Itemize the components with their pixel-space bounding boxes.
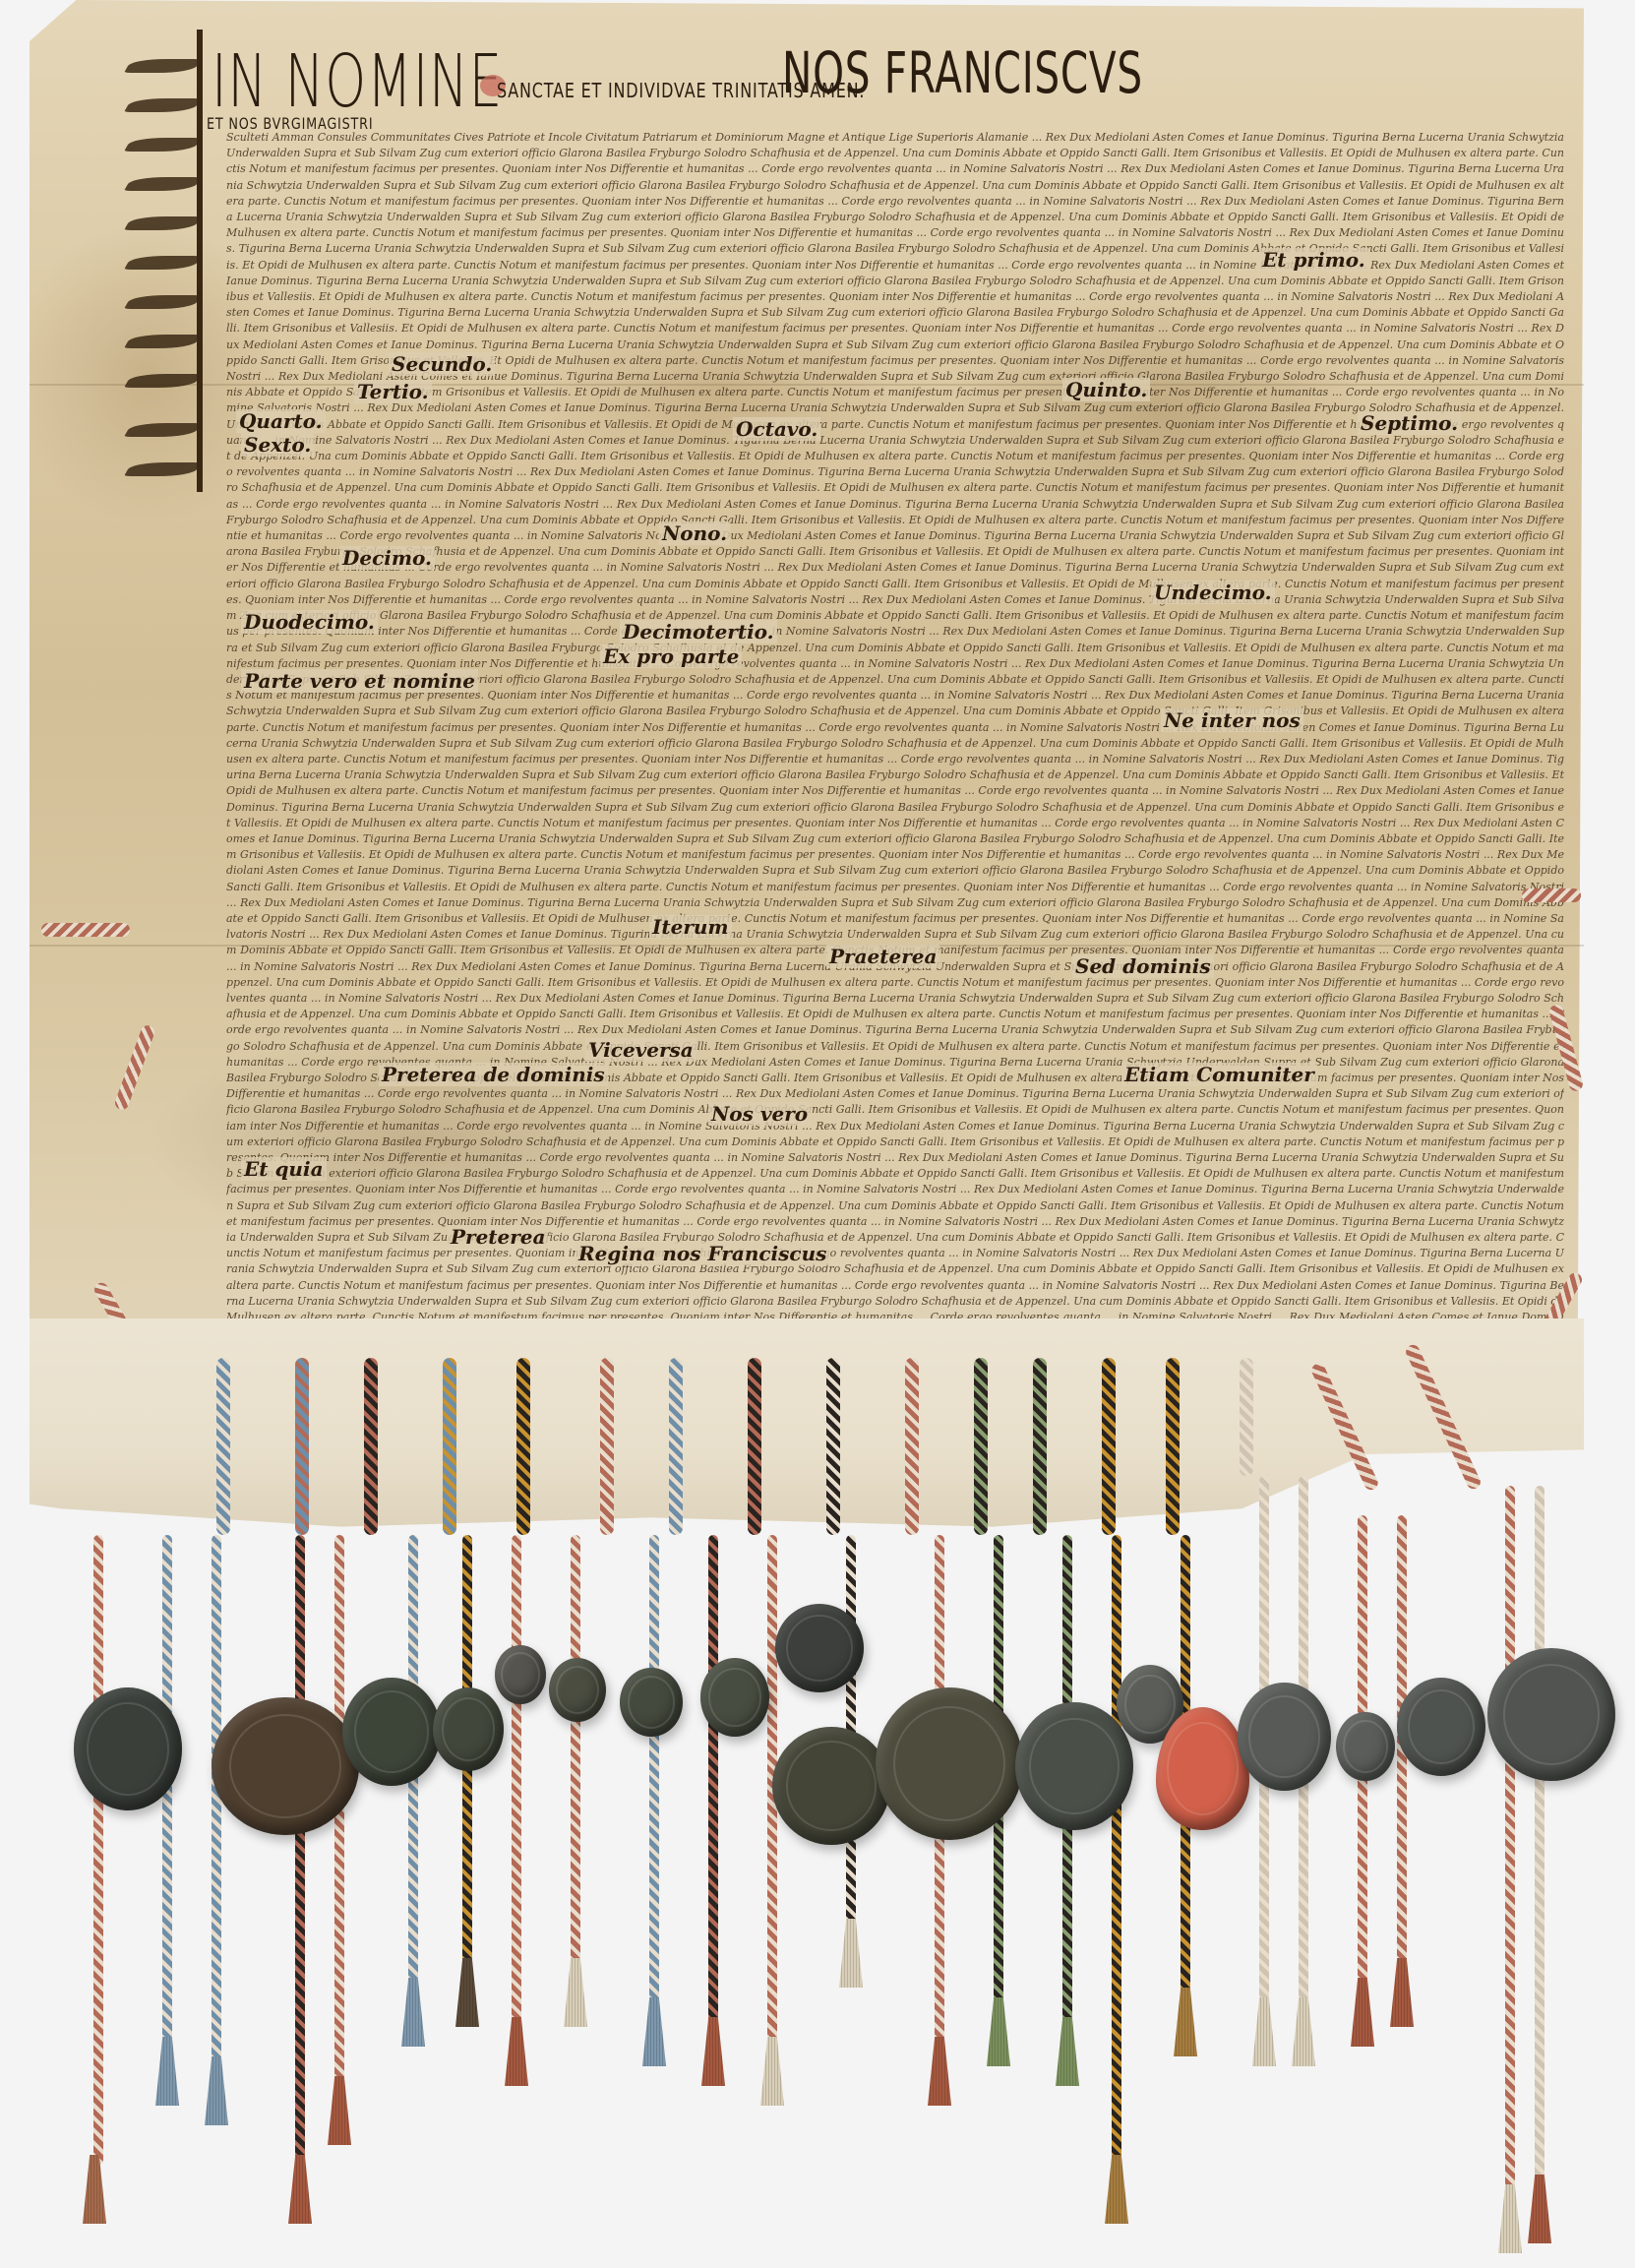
cord-tassel bbox=[760, 2037, 784, 2106]
wax-seal-9 bbox=[775, 1604, 864, 1692]
charter-body-text: Sculteti Amman Consules Communitates Civ… bbox=[226, 130, 1564, 1320]
issuer-heading: NOS FRANCISCVS bbox=[782, 39, 1143, 106]
hanging-cord bbox=[1505, 1486, 1515, 2234]
invocation-heading: IN NOMINE bbox=[212, 39, 503, 124]
wax-seal-10 bbox=[772, 1727, 890, 1845]
hanging-cord bbox=[649, 1535, 659, 2007]
initial-flourish bbox=[124, 295, 201, 309]
wax-seal-4 bbox=[433, 1687, 504, 1771]
cord-tassel bbox=[1174, 1988, 1197, 2056]
wax-seal-5 bbox=[495, 1645, 546, 1704]
cord-tassel bbox=[987, 1997, 1010, 2066]
section-marker: Octavo. bbox=[733, 417, 820, 441]
cord-tassel bbox=[1252, 1997, 1276, 2066]
seal-cord bbox=[216, 1358, 230, 1535]
initial-flourish bbox=[124, 256, 201, 270]
cord-tassel bbox=[1498, 2184, 1522, 2253]
section-marker: Ex pro parte bbox=[600, 644, 742, 668]
cord-tassel bbox=[1105, 2155, 1128, 2224]
initial-flourish bbox=[124, 98, 201, 112]
section-marker: Nono. bbox=[659, 521, 730, 545]
cord-tassel bbox=[928, 2037, 951, 2106]
seal-cord bbox=[748, 1358, 761, 1535]
wax-seal-16 bbox=[1336, 1712, 1395, 1781]
wax-seal-11 bbox=[876, 1687, 1023, 1840]
cord-tassel bbox=[1292, 1997, 1315, 2066]
hanging-cord bbox=[93, 1535, 103, 2165]
section-marker: Regina nos Franciscus bbox=[575, 1242, 829, 1265]
seal-cord bbox=[516, 1358, 530, 1535]
section-marker: Tertio. bbox=[354, 380, 432, 403]
cord-tassel bbox=[401, 1978, 425, 2047]
cord-tassel bbox=[83, 2155, 106, 2224]
section-marker: Preterea bbox=[448, 1225, 548, 1249]
cord-tassel bbox=[839, 1919, 863, 1988]
seal-cord bbox=[295, 1358, 309, 1535]
initial-flourish bbox=[124, 423, 201, 437]
hanging-cord bbox=[1112, 1535, 1121, 2165]
initial-flourish bbox=[124, 462, 201, 476]
wax-seal-1 bbox=[74, 1687, 182, 1810]
cord-tassel bbox=[1056, 2017, 1079, 2086]
wax-seal-15 bbox=[1238, 1683, 1331, 1791]
hanging-cord bbox=[1535, 1486, 1544, 2224]
wax-seal-3 bbox=[342, 1678, 441, 1786]
initial-flourish bbox=[124, 59, 201, 73]
seal-cord bbox=[1102, 1358, 1116, 1535]
section-marker: Quarto. bbox=[236, 409, 326, 433]
section-marker: Septimo. bbox=[1358, 411, 1461, 435]
section-marker: Decimo. bbox=[339, 546, 435, 570]
section-marker: Preterea de dominis bbox=[379, 1063, 608, 1086]
section-marker: Iterum bbox=[649, 915, 732, 939]
section-marker: Secundo. bbox=[389, 352, 495, 376]
cord-tassel bbox=[701, 2017, 725, 2086]
margin-cord-tie bbox=[41, 923, 130, 937]
seal-cord bbox=[1033, 1358, 1047, 1535]
initial-flourish bbox=[124, 216, 201, 230]
cord-tassel bbox=[328, 2076, 351, 2145]
hanging-cord bbox=[212, 1535, 221, 2066]
cord-tassel bbox=[1528, 2175, 1551, 2243]
seal-cord bbox=[974, 1358, 988, 1535]
cord-tassel bbox=[564, 1958, 587, 2027]
charter-photograph: IN NOMINE SANCTAE ET INDIVIDVAE TRINITAT… bbox=[0, 0, 1635, 2268]
hanging-cord bbox=[708, 1535, 718, 2027]
cord-tassel bbox=[1351, 1978, 1374, 2047]
wax-seal-6 bbox=[549, 1658, 606, 1722]
seal-cord bbox=[600, 1358, 614, 1535]
seal-cord bbox=[669, 1358, 683, 1535]
seal-cord bbox=[364, 1358, 378, 1535]
seal-cord bbox=[1166, 1358, 1180, 1535]
body-opening: Sculteti Amman Consules Communitates Civ… bbox=[226, 131, 1042, 144]
hanging-cord bbox=[295, 1535, 305, 2165]
hanging-cord bbox=[571, 1535, 580, 1968]
seal-cord bbox=[443, 1358, 456, 1535]
seal-cord bbox=[905, 1358, 919, 1535]
cord-tassel bbox=[155, 2037, 179, 2106]
section-marker: Ne inter nos bbox=[1161, 708, 1303, 732]
cord-tassel bbox=[1390, 1958, 1414, 2027]
cord-tassel bbox=[455, 1958, 479, 2027]
initial-flourish bbox=[124, 374, 201, 388]
wax-seal-7 bbox=[620, 1668, 683, 1737]
cord-tassel bbox=[642, 1997, 666, 2066]
cord-tassel bbox=[505, 2017, 528, 2086]
initial-flourish bbox=[124, 177, 201, 191]
hanging-cord bbox=[512, 1535, 521, 2027]
decorated-initial-I bbox=[108, 30, 216, 492]
initial-flourish bbox=[124, 335, 201, 348]
section-marker: Et primo. bbox=[1259, 248, 1368, 272]
seal-cord bbox=[1240, 1358, 1253, 1476]
margin-cord-tie bbox=[1522, 889, 1581, 902]
section-marker: Etiam Comuniter bbox=[1121, 1063, 1317, 1086]
wax-seal-8 bbox=[700, 1658, 769, 1737]
section-marker: Quinto. bbox=[1062, 378, 1150, 401]
section-marker: Nos vero bbox=[708, 1102, 811, 1126]
section-marker: Et quia bbox=[241, 1157, 327, 1181]
seal-cord bbox=[826, 1358, 840, 1535]
section-marker: Viceversa bbox=[585, 1038, 696, 1062]
section-marker: Parte vero et nomine bbox=[241, 669, 478, 693]
section-marker: Duodecimo. bbox=[241, 610, 378, 634]
cord-tassel bbox=[205, 2056, 228, 2125]
initial-flourish bbox=[124, 138, 201, 152]
section-marker: Praeterea bbox=[826, 945, 939, 968]
section-marker: Undecimo. bbox=[1151, 581, 1275, 604]
wax-seal-2 bbox=[212, 1697, 359, 1835]
section-marker: Decimotertio. bbox=[620, 620, 777, 644]
cord-tassel bbox=[288, 2155, 312, 2224]
wax-seal-18 bbox=[1487, 1648, 1615, 1781]
wax-seal-17 bbox=[1397, 1678, 1485, 1776]
wax-seal-12 bbox=[1015, 1702, 1133, 1830]
section-marker: Sed dominis bbox=[1072, 954, 1214, 978]
section-marker: Sexto. bbox=[241, 433, 314, 457]
